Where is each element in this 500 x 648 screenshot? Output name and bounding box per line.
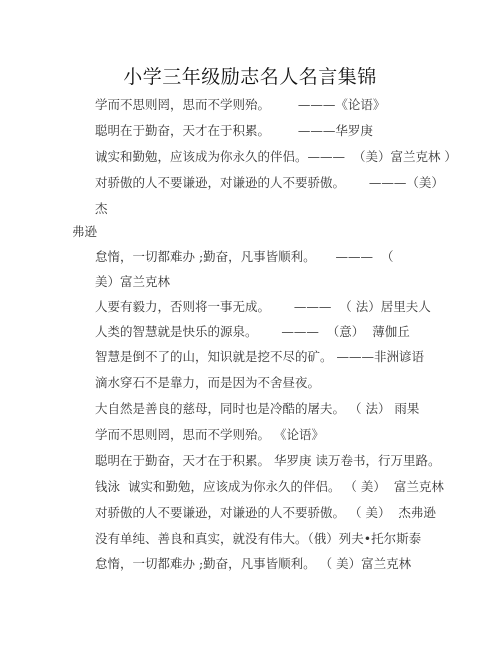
quote-line: 对骄傲的人不要谦逊，对谦逊的人不要骄傲。 ———（美） [95, 173, 444, 191]
quote-line: 智慧是倒不了的山，知识就是挖不尽的矿。 ———非洲谚语 [95, 347, 424, 365]
quote-line: 弗逊 [72, 222, 97, 240]
quote-line: 学而不思则罔，思而不学则殆。 《论语》 [95, 425, 324, 443]
quote-line: 诚实和勤勉，应该成为你永久的伴侣。——— （美）富兰克林 ） [95, 147, 457, 165]
quote-line: 学而不思则罔，思而不学则殆。 ———《论语》 [95, 95, 385, 113]
quote-line: 聪明在于勤奋，天才在于积累。 华罗庚 读万卷书，行万里路。 [95, 451, 440, 469]
quote-line: 怠惰，一切都难办 ;勤奋，凡事皆顺利。 ——— （ [95, 247, 394, 265]
quote-line: 大自然是善良的慈母，同时也是冷酷的屠夫。 （ 法） 雨果 [95, 399, 419, 417]
quote-line: 聪明在于勤奋，天才在于积累。 ———华罗庚 [95, 121, 373, 139]
quote-line: 杰 [95, 199, 108, 217]
quote-line: 人类的智慧就是快乐的源泉。 ——— （意） 薄伽丘 [95, 322, 410, 340]
quote-line: 没有单纯、善良和真实，就没有伟大。（俄）列夫•托尔斯泰 [95, 529, 421, 547]
quote-line: 滴水穿石不是靠力，而是因为不舍昼夜。 [95, 373, 320, 391]
document-title: 小学三年级励志名人名言集锦 [0, 62, 500, 89]
quote-line: 人要有毅力，否则将一事无成。 ——— （ 法）居里夫人 [95, 297, 431, 315]
quote-line: 美）富兰克林 [95, 272, 170, 290]
quote-line: 钱泳 诚实和勤勉，应该成为你永久的伴侣。 （ 美） 富兰克林 [95, 477, 444, 495]
quote-line: 怠惰，一切都难办 ;勤奋，凡事皆顺利。 （ 美）富兰克林 [95, 554, 411, 572]
quote-line: 对骄傲的人不要谦逊，对谦逊的人不要骄傲。 （ 美） 杰弗逊 [95, 503, 436, 521]
